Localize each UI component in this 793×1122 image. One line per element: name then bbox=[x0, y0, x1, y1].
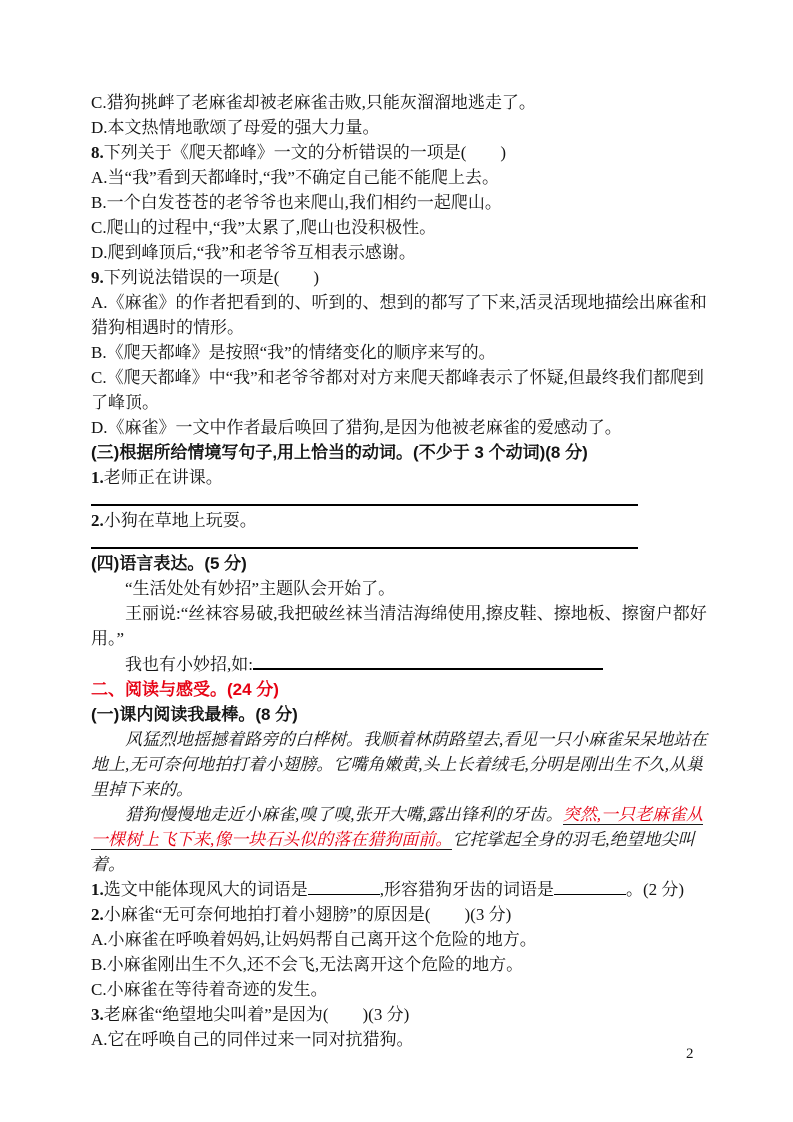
option-line: C.爬山的过程中,“我”太累了,爬山也没积极性。 bbox=[91, 215, 711, 240]
option-line: D.《麻雀》一文中作者最后唤回了猎狗,是因为他被老麻雀的爱感动了。 bbox=[91, 415, 711, 440]
question-text: ,形容猎狗牙齿的词语是 bbox=[380, 880, 554, 899]
question-number: 3. bbox=[91, 1005, 104, 1024]
option-line: A.当“我”看到天都峰时,“我”不确定自己能不能爬上去。 bbox=[91, 165, 711, 190]
question-text: 选文中能体现风大的词语是 bbox=[104, 880, 308, 899]
passage-text: 猎狗慢慢地走近小麻雀,嗅了嗅,张开大嘴,露出锋利的牙齿。 bbox=[125, 805, 563, 824]
question-number: 1. bbox=[91, 880, 104, 899]
option-line: B.《爬天都峰》是按照“我”的情绪变化的顺序来写的。 bbox=[91, 340, 711, 365]
option-line: A.小麻雀在呼唤着妈妈,让妈妈帮自己离开这个危险的地方。 bbox=[91, 927, 711, 952]
question-number: 2. bbox=[91, 905, 104, 924]
dialogue-line: “生活处处有妙招”主题队会开始了。 bbox=[91, 576, 711, 601]
question-line: 3.老麻雀“绝望地尖叫着”是因为( )(3 分) bbox=[91, 1002, 711, 1027]
dialogue-line: 王丽说:“丝袜容易破,我把破丝袜当清洁海绵使用,擦皮鞋、擦地板、擦窗户都好用。” bbox=[91, 601, 711, 651]
option-line: A.它在呼唤自己的同伴过来一同对抗猎狗。 bbox=[91, 1027, 711, 1052]
document-page: C.猎狗挑衅了老麻雀却被老麻雀击败,只能灰溜溜地逃走了。 D.本文热情地歌颂了母… bbox=[0, 0, 793, 1122]
question-number: 9. bbox=[91, 268, 104, 287]
option-line: B.一个白发苍苍的老爷爷也来爬山,我们相约一起爬山。 bbox=[91, 190, 711, 215]
section-heading-4: (四)语言表达。(5 分) bbox=[91, 551, 711, 576]
question-text: 老麻雀“绝望地尖叫着”是因为( )(3 分) bbox=[104, 1005, 410, 1024]
fill-in-blank bbox=[308, 877, 380, 895]
section-heading-reading: (一)课内阅读我最棒。(8 分) bbox=[91, 702, 711, 727]
question-text: 下列说法错误的一项是( ) bbox=[104, 268, 319, 287]
option-line: A.《麻雀》的作者把看到的、听到的、想到的都写了下来,活灵活现地描绘出麻雀和猎狗… bbox=[91, 290, 711, 340]
fill-in-blank bbox=[554, 877, 626, 895]
question-number: 1. bbox=[91, 468, 104, 487]
fill-in-blank bbox=[253, 651, 603, 670]
option-line: C.《爬天都峰》中“我”和老爷爷都对对方来爬天都峰表示了怀疑,但最终我们都爬到了… bbox=[91, 365, 711, 415]
question-text: 小狗在草地上玩耍。 bbox=[104, 511, 257, 530]
part-2-heading: 二、阅读与感受。(24 分) bbox=[91, 677, 711, 702]
question-number: 8. bbox=[91, 143, 104, 162]
section-heading-3: (三)根据所给情境写句子,用上恰当的动词。(不少于 3 个动词)(8 分) bbox=[91, 440, 711, 465]
passage-paragraph-2: 猎狗慢慢地走近小麻雀,嗅了嗅,张开大嘴,露出锋利的牙齿。突然,一只老麻雀从一棵树… bbox=[91, 802, 711, 877]
question-line: 8.下列关于《爬天都峰》一文的分析错误的一项是( ) bbox=[91, 140, 711, 165]
question-line: 2.小狗在草地上玩耍。 bbox=[91, 508, 711, 533]
page-content: C.猎狗挑衅了老麻雀却被老麻雀击败,只能灰溜溜地逃走了。 D.本文热情地歌颂了母… bbox=[91, 90, 711, 1052]
option-line: D.本文热情地歌颂了母爱的强大力量。 bbox=[91, 115, 711, 140]
page-number: 2 bbox=[686, 1046, 694, 1063]
answer-blank-line bbox=[91, 490, 638, 506]
question-line: 1.老师正在讲课。 bbox=[91, 465, 711, 490]
question-text: 下列关于《爬天都峰》一文的分析错误的一项是( ) bbox=[104, 143, 506, 162]
question-text: 老师正在讲课。 bbox=[104, 468, 223, 487]
option-line: C.小麻雀在等待着奇迹的发生。 bbox=[91, 977, 711, 1002]
question-line: 2.小麻雀“无可奈何地拍打着小翅膀”的原因是( )(3 分) bbox=[91, 902, 711, 927]
option-line: B.小麻雀刚出生不久,还不会飞,无法离开这个危险的地方。 bbox=[91, 952, 711, 977]
question-line: 9.下列说法错误的一项是( ) bbox=[91, 265, 711, 290]
option-line: C.猎狗挑衅了老麻雀却被老麻雀击败,只能灰溜溜地逃走了。 bbox=[91, 90, 711, 115]
fill-in-line: 我也有小妙招,如: bbox=[91, 651, 711, 677]
fill-in-prompt: 我也有小妙招,如: bbox=[125, 655, 253, 674]
answer-blank-line bbox=[91, 533, 638, 549]
question-line: 1.选文中能体现风大的词语是,形容猎狗牙齿的词语是。(2 分) bbox=[91, 877, 711, 902]
option-line: D.爬到峰顶后,“我”和老爷爷互相表示感谢。 bbox=[91, 240, 711, 265]
question-text: 小麻雀“无可奈何地拍打着小翅膀”的原因是( )(3 分) bbox=[104, 905, 511, 924]
question-text: 。(2 分) bbox=[626, 880, 684, 899]
question-number: 2. bbox=[91, 511, 104, 530]
passage-paragraph-1: 风猛烈地摇撼着路旁的白桦树。我顺着林荫路望去,看见一只小麻雀呆呆地站在地上,无可… bbox=[91, 727, 711, 802]
